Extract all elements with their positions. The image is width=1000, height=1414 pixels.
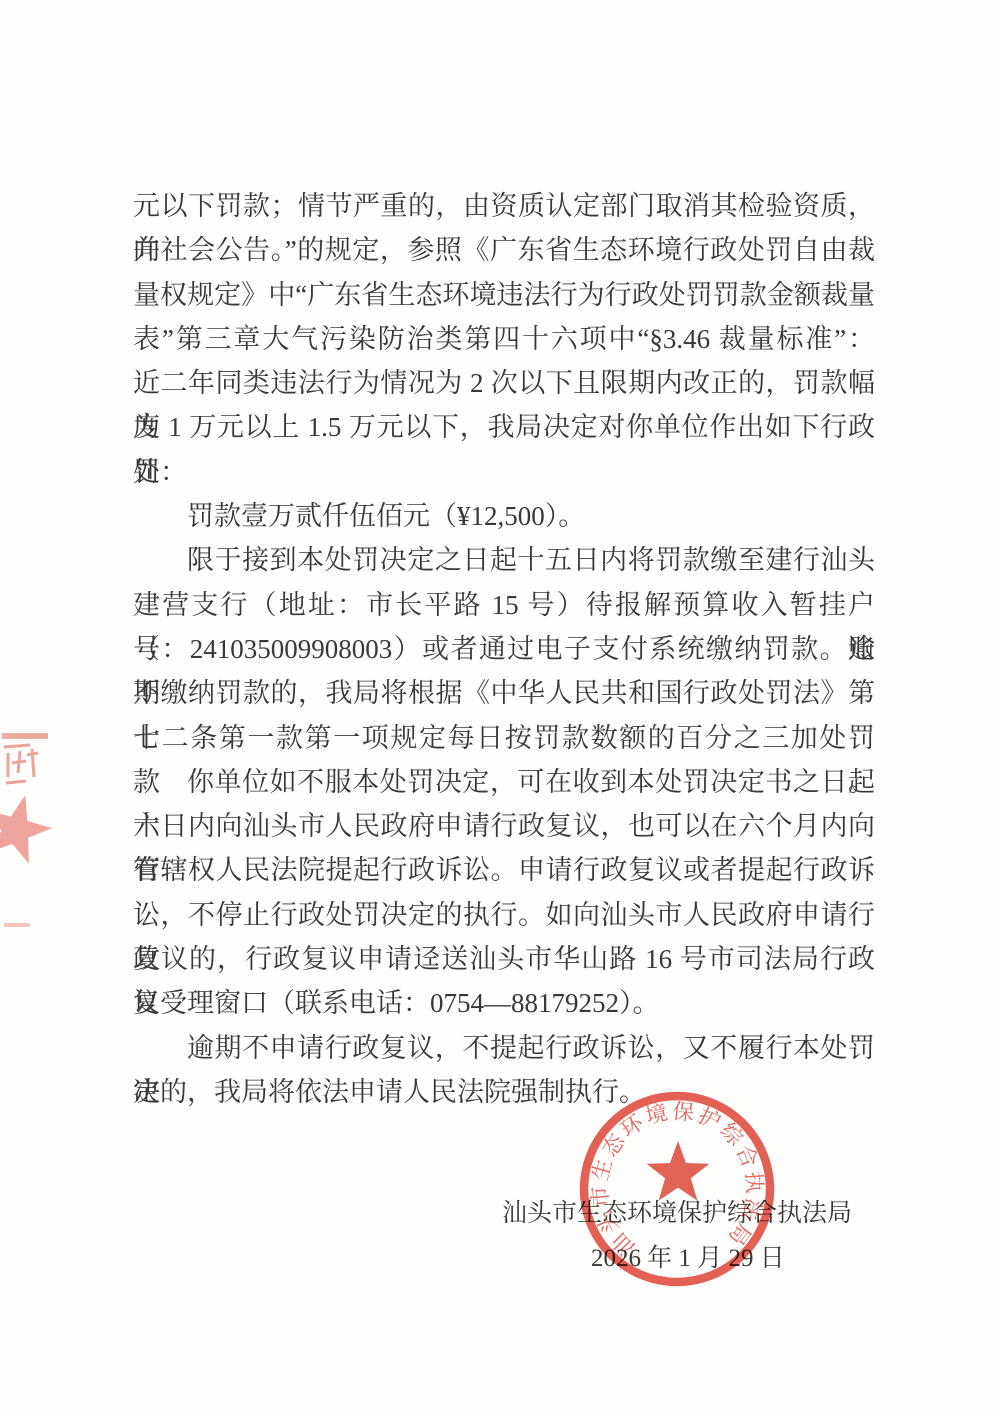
body-line: 限于接到本处罚决定之日起十五日内将罚款缴至建行汕头 — [133, 538, 875, 582]
body-line: 近二年同类违法行为情况为 2 次以下且限期内改正的，罚款幅度 — [133, 361, 875, 405]
seal-fragment-glyphs — [4, 745, 38, 783]
star-icon — [647, 1141, 710, 1201]
signature-date: 2026 年 1 月 29 日 — [591, 1238, 785, 1274]
body-line: 向社会公告。”的规定，参照《广东省生态环境行政处罚自由裁 — [133, 228, 875, 272]
body-line: 罚： — [133, 450, 875, 494]
seal-arc-text: 汕头市生态环境保护综合执法局 — [587, 1099, 766, 1260]
body-line: 元以下罚款；情节严重的，由资质认定部门取消其检验资质，并 — [133, 184, 875, 228]
body-line-fine-amount: 罚款壹万贰仟伍佰元（¥12,500）。 — [133, 494, 875, 538]
seal-arc-text-container: 汕头市生态环境保护综合执法局 — [587, 1099, 766, 1260]
body-line: 量权规定》中“广东省生态环境违法行为行政处罚罚款金额裁量 — [133, 273, 875, 317]
body-line: 逾期不申请行政复议，不提起行政诉讼，又不履行本处罚决 — [133, 1026, 875, 1070]
body-line-phone: 议受理窗口（联系电话：0754—88179252）。 — [133, 981, 875, 1025]
signature-agency: 汕头市生态环境保护综合执法局 — [502, 1193, 852, 1229]
seal-fragment-star-icon — [0, 795, 52, 863]
partial-seal-fragment — [0, 725, 56, 940]
body-line: 建营支行（地址：市长平路 15 号）待报解预算收入暂挂户（账 — [133, 583, 875, 627]
seal-fragment-footer-mark — [4, 923, 30, 927]
body-line: 十日内向汕头市人民政府申请行政复议，也可以在六个月内向有 — [133, 804, 875, 848]
body-line-account-number: 号：241035009908003）或者通过电子支付系统缴纳罚款。逾期 — [133, 627, 875, 671]
body-line: 管辖权人民法院提起行政诉讼。申请行政复议或者提起行政诉 — [133, 848, 875, 892]
document-body: 元以下罚款；情节严重的，由资质认定部门取消其检验资质，并 向社会公告。”的规定，… — [133, 184, 875, 1114]
body-line: 表”第三章大气污染防治类第四十六项中“§3.46 裁量标准”： — [133, 317, 875, 361]
seal-fragment-bar — [2, 733, 48, 739]
document-page: 元以下罚款；情节严重的，由资质认定部门取消其检验资质，并 向社会公告。”的规定，… — [0, 0, 1000, 1414]
body-line: 为 1 万元以上 1.5 万元以下，我局决定对你单位作出如下行政处 — [133, 405, 875, 449]
body-line: 讼，不停止行政处罚决定的执行。如向汕头市人民政府申请行政 — [133, 893, 875, 937]
body-line: 定的，我局将依法申请人民法院强制执行。 — [133, 1070, 875, 1114]
body-line: 你单位如不服本处罚决定，可在收到本处罚决定书之日起六 — [133, 760, 875, 804]
body-line: 不缴纳罚款的，我局将根据《中华人民共和国行政处罚法》第七 — [133, 671, 875, 715]
body-line: 十二条第一款第一项规定每日按罚款数额的百分之三加处罚款。 — [133, 716, 875, 760]
body-line: 复议的，行政复议申请迳送汕头市华山路 16 号市司法局行政复 — [133, 937, 875, 981]
